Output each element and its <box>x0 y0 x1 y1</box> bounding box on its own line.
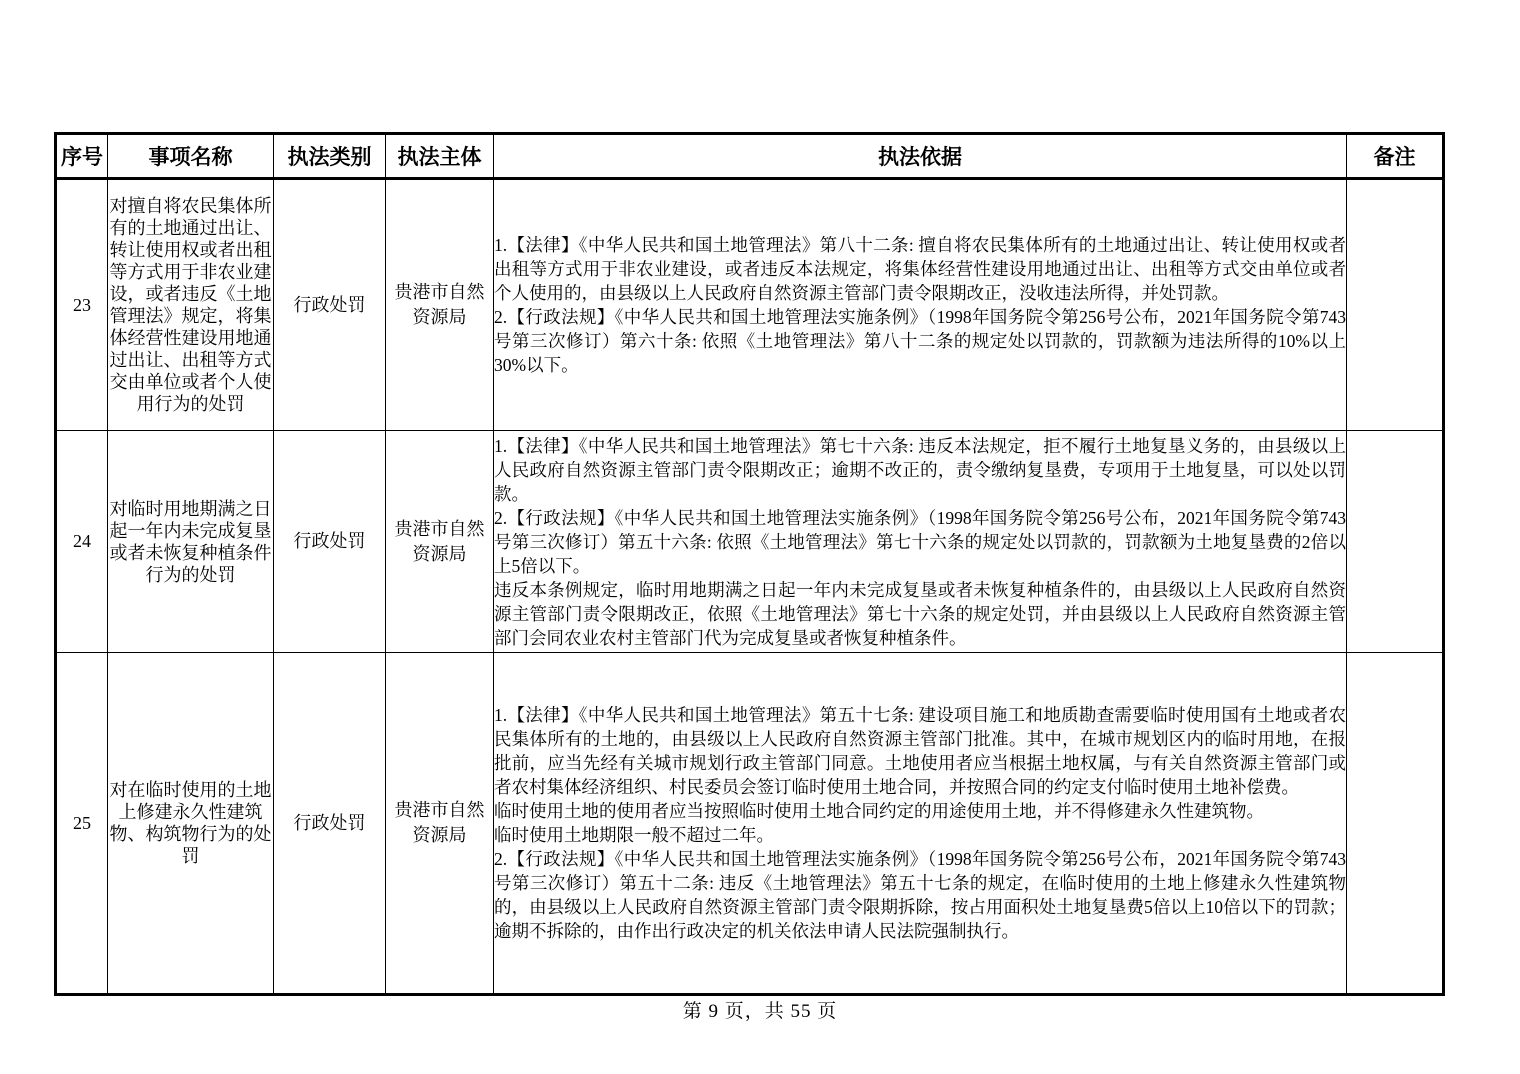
seq-cell: 25 <box>56 653 108 995</box>
table-row: 24 对临时用地期满之日起一年内未完成复垦或者未恢复种植条件行为的处罚 行政处罚… <box>56 431 1444 653</box>
document-page: 序号 事项名称 执法类别 执法主体 执法依据 备注 23 对擅自将农民集体所有的… <box>0 0 1520 1074</box>
enforcement-items-table: 序号 事项名称 执法类别 执法主体 执法依据 备注 23 对擅自将农民集体所有的… <box>54 132 1445 996</box>
remark-cell <box>1347 653 1444 995</box>
column-header-subject: 执法主体 <box>386 134 494 179</box>
seq-cell: 24 <box>56 431 108 653</box>
column-header-item-name: 事项名称 <box>108 134 274 179</box>
remark-cell <box>1347 179 1444 431</box>
enforcement-table-container: 序号 事项名称 执法类别 执法主体 执法依据 备注 23 对擅自将农民集体所有的… <box>54 132 1445 996</box>
item-name-cell: 对临时用地期满之日起一年内未完成复垦或者未恢复种植条件行为的处罚 <box>108 431 274 653</box>
item-name-cell: 对擅自将农民集体所有的土地通过出让、转让使用权或者出租等方式用于非农业建设，或者… <box>108 179 274 431</box>
page-number-footer: 第 9 页，共 55 页 <box>0 996 1520 1023</box>
subject-cell: 贵港市自然资源局 <box>386 431 494 653</box>
remark-cell <box>1347 431 1444 653</box>
column-header-basis: 执法依据 <box>494 134 1347 179</box>
column-header-remark: 备注 <box>1347 134 1444 179</box>
column-header-seq: 序号 <box>56 134 108 179</box>
table-row: 23 对擅自将农民集体所有的土地通过出让、转让使用权或者出租等方式用于非农业建设… <box>56 179 1444 431</box>
subject-cell: 贵港市自然资源局 <box>386 653 494 995</box>
category-cell: 行政处罚 <box>274 179 386 431</box>
category-cell: 行政处罚 <box>274 653 386 995</box>
subject-cell: 贵港市自然资源局 <box>386 179 494 431</box>
basis-cell: 1.【法律】《中华人民共和国土地管理法》第七十六条: 违反本法规定，拒不履行土地… <box>494 431 1347 653</box>
header-row: 序号 事项名称 执法类别 执法主体 执法依据 备注 <box>56 134 1444 179</box>
table-row: 25 对在临时使用的土地上修建永久性建筑物、构筑物行为的处罚 行政处罚 贵港市自… <box>56 653 1444 995</box>
item-name-cell: 对在临时使用的土地上修建永久性建筑物、构筑物行为的处罚 <box>108 653 274 995</box>
basis-cell: 1.【法律】《中华人民共和国土地管理法》第八十二条: 擅自将农民集体所有的土地通… <box>494 179 1347 431</box>
seq-cell: 23 <box>56 179 108 431</box>
column-header-category: 执法类别 <box>274 134 386 179</box>
category-cell: 行政处罚 <box>274 431 386 653</box>
basis-cell: 1.【法律】《中华人民共和国土地管理法》第五十七条: 建设项目施工和地质勘查需要… <box>494 653 1347 995</box>
